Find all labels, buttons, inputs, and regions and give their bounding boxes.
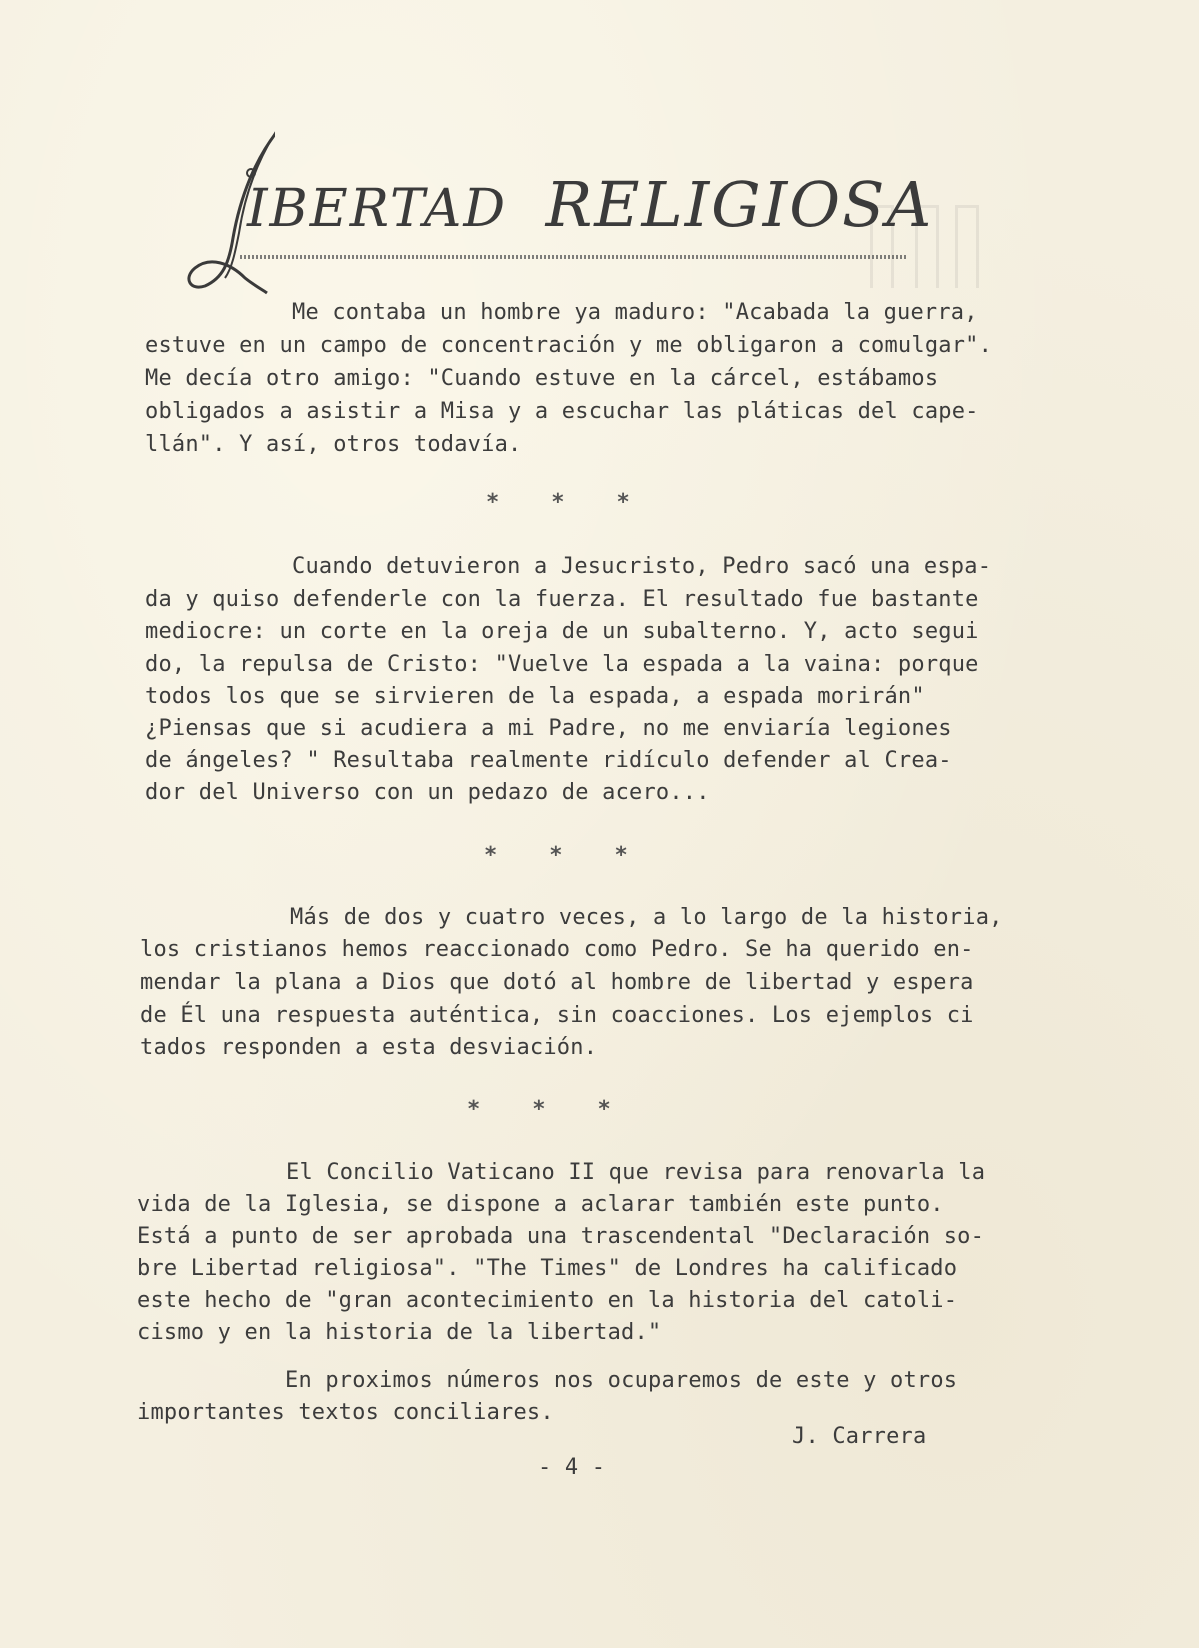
article-title: IBERTAD RELIGIOSA [185, 128, 925, 303]
text-line: Me contaba un hombre ya maduro: "Acabada… [292, 300, 978, 325]
title-word-religiosa: RELIGIOSA [546, 168, 934, 241]
text-line: En proximos números nos ocuparemos de es… [285, 1368, 957, 1393]
section-separator: *** [467, 1097, 663, 1122]
text-line: vida de la Iglesia, se dispone a aclarar… [137, 1192, 944, 1217]
author-signature: J. Carrera [792, 1424, 926, 1449]
section-separator: *** [484, 843, 680, 868]
text-line: El Concilio Vaticano II que revisa para … [286, 1160, 985, 1185]
text-line: de ángeles? " Resultaba realmente ridícu… [145, 748, 952, 773]
text-line: bre Libertad religiosa". "The Times" de … [137, 1256, 957, 1281]
text-line: da y quiso defenderle con la fuerza. El … [145, 587, 979, 612]
text-line: los cristianos hemos reaccionado como Pe… [140, 937, 974, 962]
text-line: todos los que se sirvieren de la espada,… [145, 684, 925, 709]
text-line: cismo y en la historia de la libertad." [137, 1320, 661, 1345]
text-line: llán". Y así, otros todavía. [145, 432, 521, 457]
text-line: tados responden a esta desviación. [140, 1035, 597, 1060]
text-line: ¿Piensas que si acudiera a mi Padre, no … [145, 716, 952, 741]
page-number: - 4 - [538, 1455, 605, 1480]
text-line: este hecho de "gran acontecimiento en la… [137, 1288, 957, 1313]
text-line: Más de dos y cuatro veces, a lo largo de… [290, 905, 1003, 930]
text-line: mediocre: un corte en la oreja de un sub… [145, 619, 979, 644]
text-line: dor del Universo con un pedazo de acero.… [145, 780, 710, 805]
text-line: Está a punto de ser aprobada una trascen… [137, 1224, 984, 1249]
title-word-libertad: IBERTAD [247, 179, 507, 239]
text-line: de Él una respuesta auténtica, sin coacc… [140, 1003, 974, 1028]
text-line: mendar la plana a Dios que dotó al hombr… [140, 970, 974, 995]
text-line: Cuando detuvieron a Jesucristo, Pedro sa… [292, 554, 991, 579]
title-underline [240, 255, 908, 259]
text-line: importantes textos conciliares. [137, 1400, 554, 1425]
title-text: IBERTAD RELIGIOSA [247, 168, 933, 241]
text-line: obligados a asistir a Misa y a escuchar … [145, 399, 979, 424]
text-line: do, la repulsa de Cristo: "Vuelve la esp… [145, 652, 979, 677]
text-line: Me decía otro amigo: "Cuando estuve en l… [145, 366, 938, 391]
text-line: estuve en un campo de concentración y me… [145, 333, 992, 358]
section-separator: *** [486, 490, 682, 515]
